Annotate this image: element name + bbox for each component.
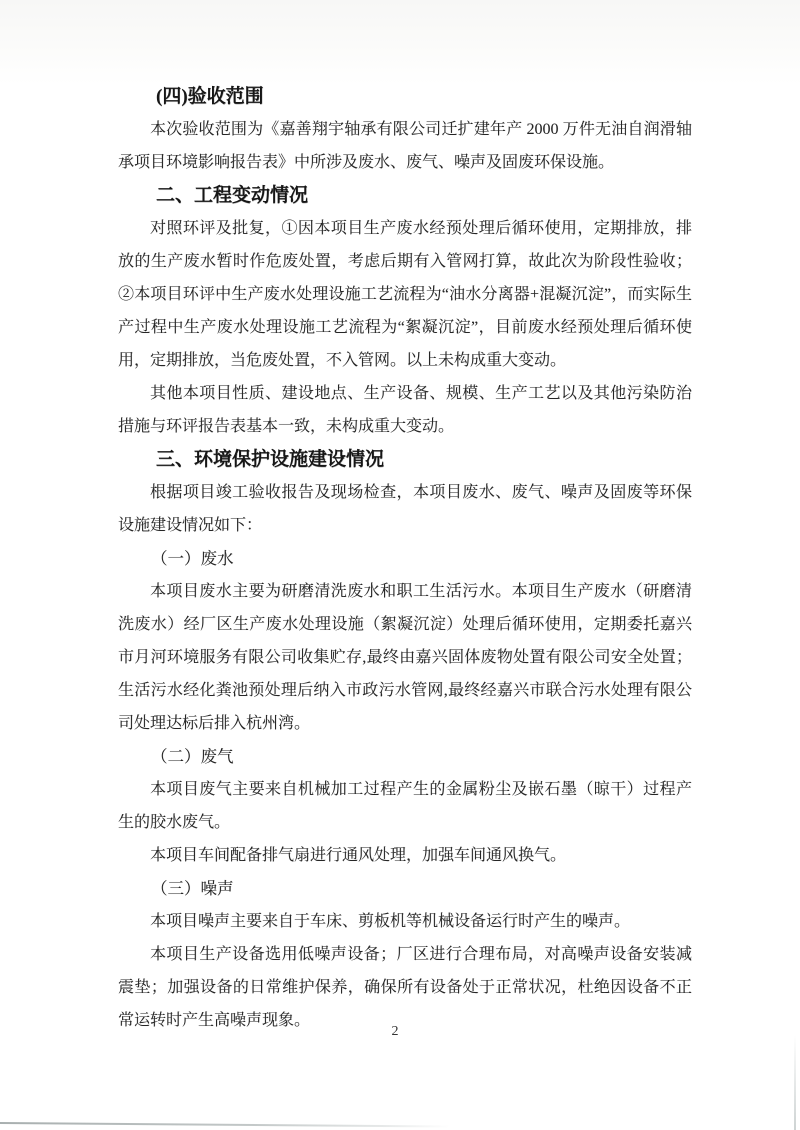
- paragraph-waste-gas-source: 本项目废气主要来自机械加工过程产生的金属粉尘及嵌石墨（晾干）过程产生的胶水废气。: [118, 773, 692, 839]
- subheading-wastewater: （一）废水: [118, 542, 692, 575]
- paragraph-facilities-intro: 根据项目竣工验收报告及现场检查，本项目废水、废气、噪声及固废等环保设施建设情况如…: [118, 476, 692, 542]
- paragraph-noise-measure: 本项目生产设备选用低噪声设备；厂区进行合理布局，对高噪声设备安装减震垫；加强设备…: [118, 938, 692, 1037]
- paragraph-wastewater-detail: 本项目废水主要为研磨清洗废水和职工生活污水。本项目生产废水（研磨清洗废水）经厂区…: [118, 575, 692, 740]
- scan-artifact-bottom-line: [0, 1122, 450, 1128]
- document-content: (四)验收范围 本次验收范围为《嘉善翔宇轴承有限公司迁扩建年产 2000 万件无…: [118, 80, 692, 1037]
- paragraph-noise-source: 本项目噪声主要来自于车床、剪板机等机械设备运行时产生的噪声。: [118, 905, 692, 938]
- heading-section-4-acceptance-scope: (四)验收范围: [118, 80, 692, 113]
- paragraph-project-changes-detail: 对照环评及批复，①因本项目生产废水经预处理后循环使用，定期排放，排放的生产废水暂…: [118, 212, 692, 377]
- scanned-document-page: (四)验收范围 本次验收范围为《嘉善翔宇轴承有限公司迁扩建年产 2000 万件无…: [0, 0, 800, 1130]
- heading-section-2-project-changes: 二、工程变动情况: [118, 179, 692, 212]
- scan-artifact-right-line: [794, 1035, 796, 1130]
- subheading-noise: （三）噪声: [118, 872, 692, 905]
- heading-section-3-env-protection-facilities: 三、环境保护设施建设情况: [118, 443, 692, 476]
- paragraph-waste-gas-measure: 本项目车间配备排气扇进行通风处理，加强车间通风换气。: [118, 839, 692, 872]
- subheading-waste-gas: （二）废气: [118, 740, 692, 773]
- paragraph-acceptance-scope: 本次验收范围为《嘉善翔宇轴承有限公司迁扩建年产 2000 万件无油自润滑轴承项目…: [118, 113, 692, 179]
- page-number: 2: [0, 1024, 790, 1040]
- paragraph-project-changes-other: 其他本项目性质、建设地点、生产设备、规模、生产工艺以及其他污染防治措施与环评报告…: [118, 377, 692, 443]
